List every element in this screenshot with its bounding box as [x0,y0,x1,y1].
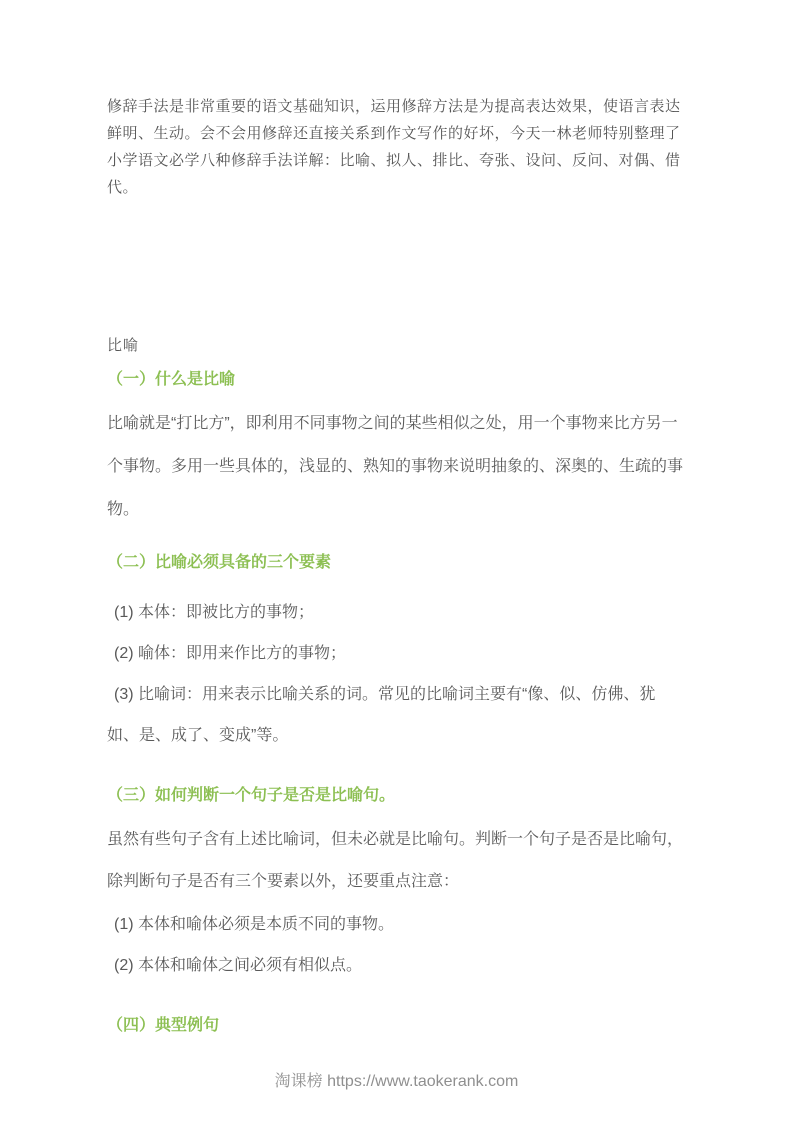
section-2-item-3: (3) 比喻词：用来表示比喻关系的词。常见的比喻词主要有“像、似、仿佛、犹如、是… [107,674,684,756]
section-1-paragraph: 比喻就是“打比方”，即利用不同事物之间的某些相似之处，用一个事物来比方另一个事物… [107,402,684,531]
section-2-item-2: (2) 喻体：即用来作比方的事物； [107,633,684,674]
footer-site-name: 淘课榜 [275,1073,323,1090]
section-2-heading: （二）比喻必须具备的三个要素 [107,552,684,574]
section-1-heading: （一）什么是比喻 [107,369,684,391]
intro-paragraph: 修辞手法是非常重要的语文基础知识，运用修辞方法是为提高表达效果，使语言表达鲜明、… [107,0,684,202]
section-3-heading: （三）如何判断一个句子是否是比喻句。 [107,785,684,807]
topic-label: 比喻 [107,335,684,357]
section-2-item-1: (1) 本体：即被比方的事物； [107,592,684,633]
section-3-item-2: (2) 本体和喻体之间必须有相似点。 [107,945,684,986]
page-footer: 淘课榜 https://www.taokerank.com [0,1071,793,1093]
section-3-item-1: (1) 本体和喻体必须是本质不同的事物。 [107,904,684,945]
section-4-heading: （四）典型例句 [107,1015,684,1037]
document-page: 修辞手法是非常重要的语文基础知识，运用修辞方法是为提高表达效果，使语言表达鲜明、… [0,0,793,1122]
footer-url: https://www.taokerank.com [327,1073,518,1090]
section-3-paragraph: 虽然有些句子含有上述比喻词，但未必就是比喻句。判断一个句子是否是比喻句，除判断句… [107,819,684,903]
